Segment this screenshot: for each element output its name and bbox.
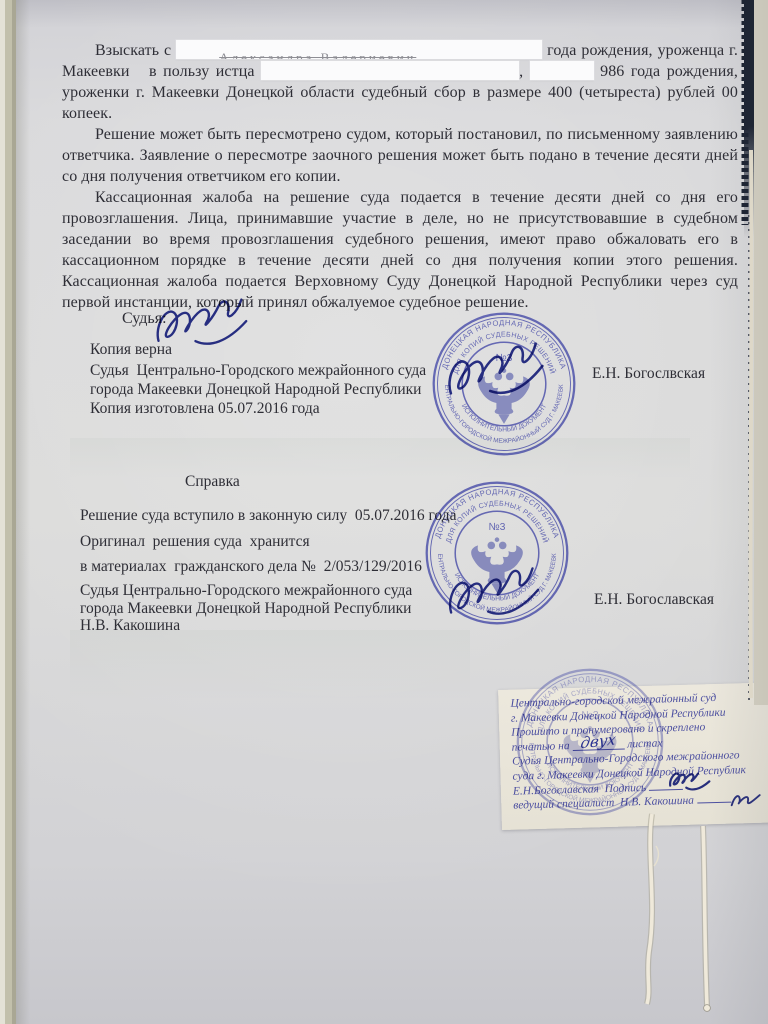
paragraph-review-clause: Решение может быть пересмотрено судом, к… <box>62 124 738 187</box>
spravka-judge-line: Судья Центрально-Городского межрайонного… <box>80 581 412 600</box>
scan-left-edge <box>0 0 16 1024</box>
signature-stroke <box>444 343 546 404</box>
coat-of-arms-eagle-icon <box>563 726 616 783</box>
page-left-crease <box>16 0 30 1024</box>
para1-after-redaction: года рождения, <box>547 42 653 59</box>
signature-stroke <box>670 773 710 790</box>
bleed-through-smudge <box>70 438 690 478</box>
redaction-remnant-text: Александра Валериевич <box>186 47 416 59</box>
redaction-box-plaintiff <box>261 61 519 80</box>
spravka-case-number-line: в материалах гражданского дела № 2/053/1… <box>80 557 422 576</box>
court-decision-photo: Взыскать с Александра Валериевич года ро… <box>0 0 768 1024</box>
para1-comma: , <box>519 63 523 80</box>
judgment-paragraph-recovery: Взыскать с Александра Валериевич года ро… <box>62 40 738 124</box>
copy-verna-line: Копия верна <box>90 340 172 359</box>
paragraph-cassation-clause: Кассационная жалоба на решение суда пода… <box>62 187 738 313</box>
spravka-title: Справка <box>185 472 240 491</box>
copy-city-line: города Макеевки Донецкой Народной Респуб… <box>90 380 421 399</box>
bleed-through-smudge <box>70 630 470 700</box>
right-edge-shadow <box>708 0 768 1024</box>
stamp-number: №3 <box>581 710 598 722</box>
para1-lead: Взыскать с <box>95 42 171 59</box>
spravka-force-line: Решение суда вступило в законную силу 05… <box>80 506 456 525</box>
judge-name-right-1: Е.Н. Богослвская <box>592 364 705 383</box>
signature-stroke <box>446 568 541 623</box>
spravka-original-line: Оригинал решения суда хранится <box>80 532 310 551</box>
hanging-threads <box>647 814 710 1011</box>
copy-made-date-line: Копия изготовлена 05.07.2016 года <box>90 399 320 418</box>
court-round-stamp-3: ДОНЕЦКАЯ НАРОДНАЯ РЕСПУБЛИКА ЦЕНТРАЛЬНО-… <box>512 664 668 820</box>
spravka-specialist-name: Н.В. Какошина <box>80 616 180 635</box>
copy-judge-court-line: Судья Центрально-Городского межрайонного… <box>90 361 426 380</box>
judge-name-right-2: Е.Н. Богославская <box>594 590 714 609</box>
para1-year: 986 <box>600 63 624 80</box>
stamp-number: №3 <box>488 522 505 533</box>
redaction-box-birthdate <box>530 61 594 80</box>
redaction-box-defendant: Александра Валериевич <box>176 40 542 59</box>
